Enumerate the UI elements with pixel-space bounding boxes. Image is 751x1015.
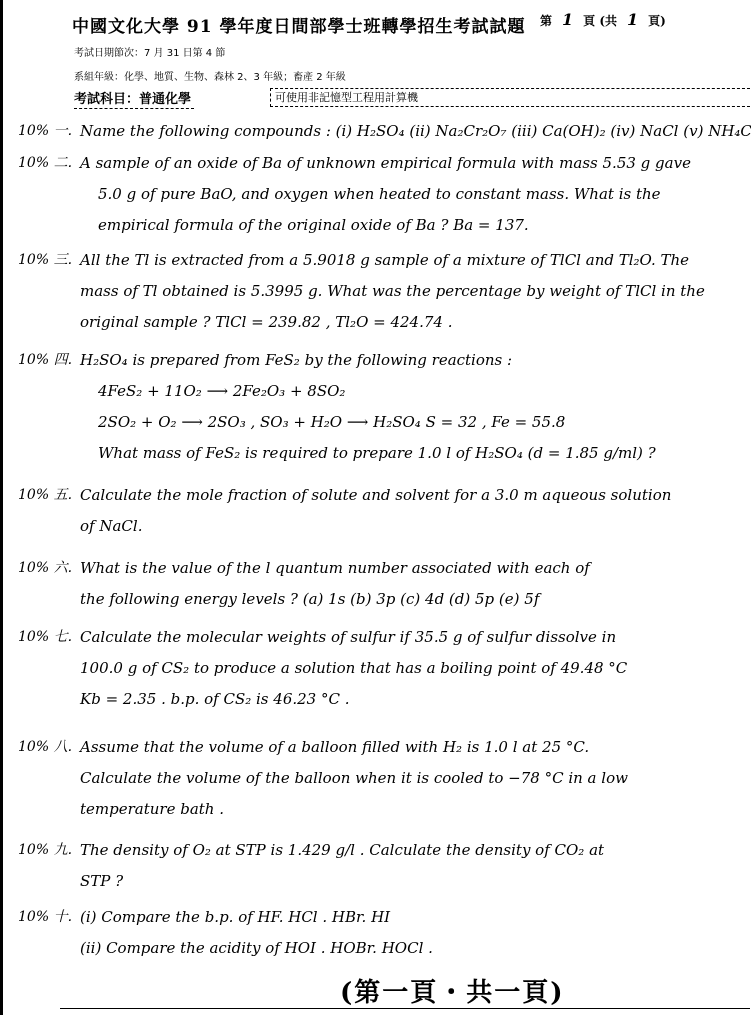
question-line: original sample ? TlCl = 239.82 , Tl₂O =… bbox=[80, 307, 748, 338]
question-points: 10% 三. bbox=[18, 245, 78, 276]
question-line: the following energy levels ? (a) 1s (b)… bbox=[80, 584, 748, 615]
page-label-prefix: 第 bbox=[540, 14, 552, 28]
page-label-mid: 頁 (共 bbox=[583, 14, 617, 28]
question-line: 100.0 g of CS₂ to produce a solution tha… bbox=[80, 653, 748, 684]
question-points: 10% 二. bbox=[18, 148, 78, 179]
question-9: 10% 九. The density of O₂ at STP is 1.429… bbox=[18, 835, 748, 897]
question-4: 10% 四. H₂SO₄ is prepared from FeS₂ by th… bbox=[18, 345, 748, 469]
question-line: Name the following compounds : (i) H₂SO₄… bbox=[80, 116, 748, 147]
question-10: 10% 十. (i) Compare the b.p. of HF. HCl .… bbox=[18, 902, 748, 964]
question-line: What is the value of the l quantum numbe… bbox=[80, 553, 748, 584]
footer-page-count: (第一頁・共一頁) bbox=[340, 972, 565, 1009]
exam-date: 考試日期節次：7 月 31 日第 4 節 bbox=[74, 44, 225, 59]
question-points: 10% 八. bbox=[18, 732, 78, 763]
exam-grades: 系組年級：化學、地質、生物、森林 2、3 年級；畜產 2 年級 bbox=[74, 68, 346, 83]
question-points: 10% 九. bbox=[18, 835, 78, 866]
question-line: A sample of an oxide of Ba of unknown em… bbox=[80, 148, 748, 179]
footer-divider bbox=[60, 1008, 750, 1009]
question-points: 10% 十. bbox=[18, 902, 78, 933]
question-5: 10% 五. Calculate the mole fraction of so… bbox=[18, 480, 748, 542]
question-line: Assume that the volume of a balloon fill… bbox=[80, 732, 748, 763]
page-label-suffix: 頁) bbox=[648, 14, 666, 28]
question-6: 10% 六. What is the value of the l quantu… bbox=[18, 553, 748, 615]
question-points: 10% 七. bbox=[18, 622, 78, 653]
question-line: 5.0 g of pure BaO, and oxygen when heate… bbox=[80, 179, 748, 210]
question-7: 10% 七. Calculate the molecular weights o… bbox=[18, 622, 748, 715]
question-8: 10% 八. Assume that the volume of a ballo… bbox=[18, 732, 748, 825]
total-pages: 1 bbox=[627, 10, 638, 29]
question-line: mass of Tl obtained is 5.3995 g. What wa… bbox=[80, 276, 748, 307]
question-points: 10% 一. bbox=[18, 116, 78, 147]
reaction-equation: 2SO₂ + O₂ ⟶ 2SO₃ , SO₃ + H₂O ⟶ H₂SO₄ S =… bbox=[80, 407, 748, 438]
question-line: Kb = 2.35 . b.p. of CS₂ is 46.23 °C . bbox=[80, 684, 748, 715]
reaction-equation: 4FeS₂ + 11O₂ ⟶ 2Fe₂O₃ + 8SO₂ bbox=[80, 376, 748, 407]
question-line: The density of O₂ at STP is 1.429 g/l . … bbox=[80, 835, 748, 866]
calculator-note: 可使用非記憶型工程用計算機 bbox=[270, 88, 751, 107]
question-line: Calculate the volume of the balloon when… bbox=[80, 763, 748, 794]
question-points: 10% 六. bbox=[18, 553, 78, 584]
question-line: of NaCl. bbox=[80, 511, 748, 542]
question-line: (ii) Compare the acidity of HOI . HOBr. … bbox=[80, 933, 748, 964]
question-3: 10% 三. All the Tl is extracted from a 5.… bbox=[18, 245, 748, 338]
page-number: 1 bbox=[562, 10, 573, 29]
exam-subject: 考試科目：普通化學 bbox=[74, 88, 191, 107]
question-2: 10% 二. A sample of an oxide of Ba of unk… bbox=[18, 148, 748, 241]
subject-underline bbox=[74, 108, 194, 109]
question-line: Calculate the molecular weights of sulfu… bbox=[80, 622, 748, 653]
question-line: temperature bath . bbox=[80, 794, 748, 825]
question-points: 10% 四. bbox=[18, 345, 78, 376]
question-line: What mass of FeS₂ is required to prepare… bbox=[80, 438, 748, 469]
page-indicator: 第1頁 (共1頁) bbox=[540, 10, 666, 29]
question-line: All the Tl is extracted from a 5.9018 g … bbox=[80, 245, 748, 276]
question-line: H₂SO₄ is prepared from FeS₂ by the follo… bbox=[80, 345, 748, 376]
question-line: empirical formula of the original oxide … bbox=[80, 210, 748, 241]
exam-title: 中國文化大學 91 學年度日間部學士班轉學招生考試試題 bbox=[72, 12, 526, 37]
question-line: STP ? bbox=[80, 866, 748, 897]
scan-left-edge bbox=[0, 0, 3, 1015]
question-line: (i) Compare the b.p. of HF. HCl . HBr. H… bbox=[80, 902, 748, 933]
question-points: 10% 五. bbox=[18, 480, 78, 511]
question-line: Calculate the mole fraction of solute an… bbox=[80, 480, 748, 511]
question-1: 10% 一. Name the following compounds : (i… bbox=[18, 116, 748, 147]
